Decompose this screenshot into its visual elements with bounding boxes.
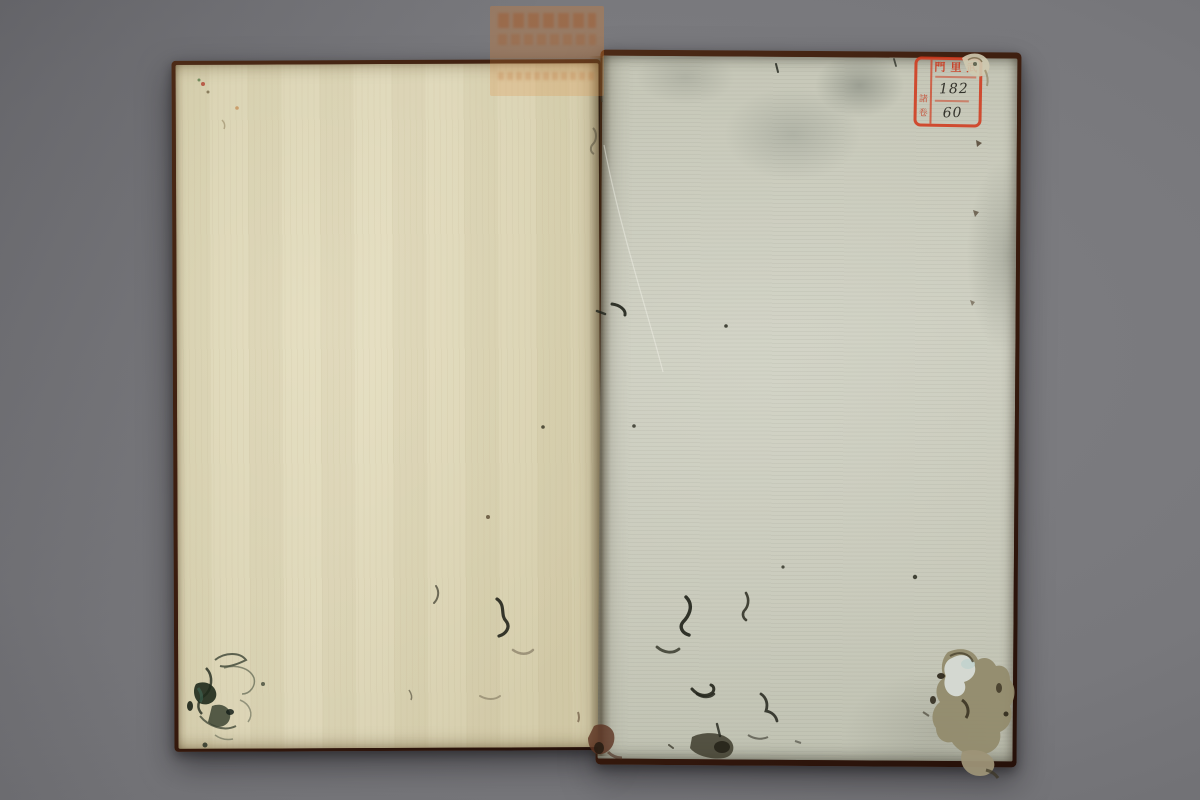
stamp-side-char-2: 卷	[919, 109, 928, 118]
stamp-side-char-1: 諸	[919, 95, 928, 104]
stamp-char-3: 武	[966, 61, 977, 76]
stamp-main-area: 門 里 武 182 60	[931, 60, 979, 125]
photo-backdrop: 諸 卷 門 里 武 182 60	[0, 0, 1200, 800]
left-blank-page	[176, 63, 602, 749]
stamp-handwritten-number-bottom: 60	[931, 102, 978, 125]
stamp-char-2: 里	[950, 61, 961, 76]
right-blank-page	[598, 56, 1018, 762]
library-stamp: 諸 卷 門 里 武 182 60	[913, 56, 982, 127]
stamp-char-1: 門	[934, 61, 945, 76]
stamp-header-row: 門 里 武	[932, 60, 979, 77]
watermark-text-row	[498, 72, 596, 80]
stamp-side-column: 諸 卷	[916, 59, 932, 123]
stamp-handwritten-number-top: 182	[932, 78, 979, 101]
page-gutter-shadow	[589, 56, 611, 756]
watermark-text-row	[498, 13, 596, 28]
watermark-text-row	[498, 34, 596, 45]
book-spread	[0, 0, 1200, 800]
watermark-overlay	[490, 6, 604, 96]
